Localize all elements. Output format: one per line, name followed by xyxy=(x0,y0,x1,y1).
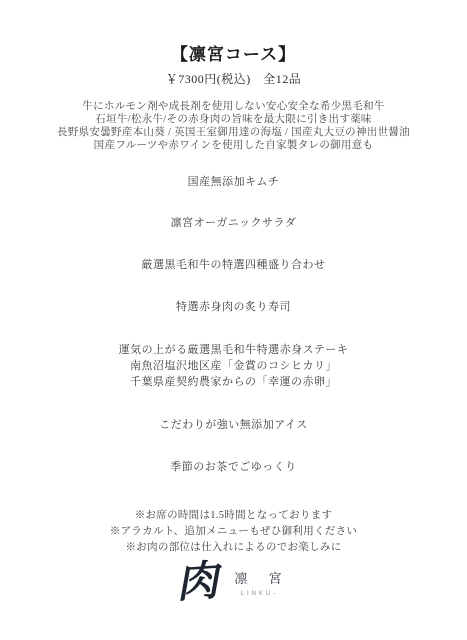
course-item-kimchi: 国産無添加キムチ xyxy=(0,176,467,189)
restaurant-name-roman: LINKU- xyxy=(238,591,279,597)
notes-section: ※お席の時間は1.5時間となっております ※アラカルト、追加メニューもぜひ御利用… xyxy=(0,508,467,556)
course-intro: 牛にホルモン剤や成長剤を使用しない安心安全な希少黒毛和牛 石垣牛/松永牛/その赤… xyxy=(0,100,467,152)
course-list: 国産無添加キムチ 凛宮オーガニックサラダ 厳選黒毛和牛の特選四種盛り合わせ 特選… xyxy=(0,176,467,474)
intro-line: 牛にホルモン剤や成長剤を使用しない安心安全な希少黒毛和牛 xyxy=(0,100,467,113)
course-menu-page: 【凛宮コース】 ￥7300円(税込) 全12品 牛にホルモン剤や成長剤を使用しな… xyxy=(0,0,467,640)
course-item-line-egg: 千葉県産契約農家からの「幸運の赤卵」 xyxy=(0,374,467,390)
course-price: ￥7300円(税込) 全12品 xyxy=(0,70,467,87)
note-seating-time: ※お席の時間は1.5時間となっております xyxy=(0,508,467,524)
meat-kanji-logo-icon: 肉 xyxy=(175,559,220,608)
page-title: 【凛宮コース】 xyxy=(0,0,467,65)
intro-line: 国産フルーツや赤ワインを使用した自家製タレの御用意も xyxy=(0,139,467,152)
logo-wordmark: 凛 宮 LINKU- xyxy=(225,560,290,597)
course-item-line-steak: 運気の上がる厳選黒毛和牛特選赤身ステーキ xyxy=(0,342,467,358)
course-item-line-rice: 南魚沼塩沢地区産「金賞のコシヒカリ」 xyxy=(0,358,467,374)
restaurant-logo: 肉 凛 宮 LINKU- xyxy=(0,560,467,606)
course-item-salad: 凛宮オーガニックサラダ xyxy=(0,217,467,230)
course-item-sushi: 特選赤身肉の炙り寿司 xyxy=(0,301,467,314)
course-item-ice-cream: こだわりが強い無添加アイス xyxy=(0,419,467,432)
note-meat-cut: ※お肉の部位は仕入れによるのでお楽しみに xyxy=(0,540,467,556)
intro-line: 石垣牛/松永牛/その赤身肉の旨味を最大限に引き出す薬味 xyxy=(0,113,467,126)
note-a-la-carte: ※アラカルト、追加メニューもぜひ御利用ください xyxy=(0,524,467,540)
course-item-tea: 季節のお茶でごゆっくり xyxy=(0,461,467,474)
intro-line: 長野県安曇野産本山葵 / 英国王室御用達の海塩 / 国産丸大豆の神出世醤油 xyxy=(0,126,467,139)
restaurant-name: 凛 宮 xyxy=(225,568,290,587)
course-item-steak-set: 運気の上がる厳選黒毛和牛特選赤身ステーキ 南魚沼塩沢地区産「金賞のコシヒカリ」 … xyxy=(0,342,467,390)
course-item-assortment: 厳選黒毛和牛の特選四種盛り合わせ xyxy=(0,259,467,272)
